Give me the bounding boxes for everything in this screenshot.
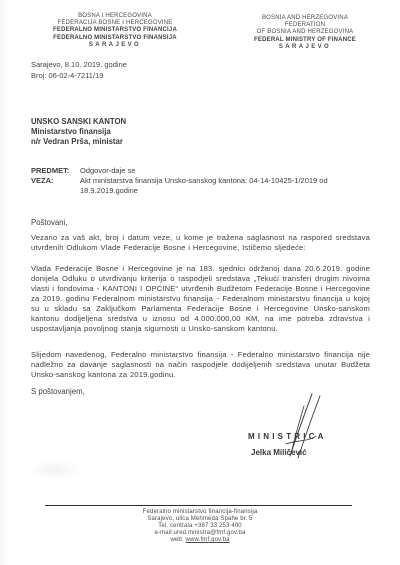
body-paragraph-3: Slijedom navedenog, Federalno ministarst…	[31, 350, 370, 380]
protocol-number: Broj: 06-02-4-7211/19	[31, 71, 127, 82]
recipient-canton: UNSKO SANSKI KANTON	[31, 117, 126, 127]
footer-org: Federalno ministarstvo financija-finansi…	[0, 509, 400, 516]
footer-web-label: web:	[170, 537, 183, 543]
recipient-attention: n/r Vedran Prša, ministar	[31, 137, 126, 147]
letterhead-ministry-hr: FEDERALNO MINISTARSTVO FINANCIJA	[25, 27, 205, 34]
veza-value: Akt ministarstva finansija Unsko-sanskog…	[80, 176, 371, 196]
footer-web-line: web: www.fmf.gov.ba	[0, 537, 400, 544]
letterhead-english: BOSNIA AND HERZEGOVINA FEDERATION OF BOS…	[215, 15, 395, 51]
letterhead-city-en: SARAJEVO	[215, 44, 395, 51]
scanned-letter-page: BOSNA I HERCEGOVINA FEDERACIJA BOSNE I H…	[0, 0, 400, 565]
footer-block: Federalno ministarstvo financija-finansi…	[0, 509, 400, 544]
recipient-ministry: Ministarstvo finansija	[31, 127, 126, 137]
footer-web-url: www.fmf.gov.ba	[186, 537, 230, 543]
letterhead-city: SARAJEVO	[25, 42, 205, 49]
footer-address: Sarajevo, ulica Mehmeda Spahe br. 5	[0, 516, 400, 523]
letterhead-country-en: BOSNIA AND HERZEGOVINA	[215, 15, 395, 22]
letterhead-ministry-en: FEDERAL MINISTRY OF FINANCE	[215, 37, 395, 44]
letterhead-bosnian: BOSNA I HERCEGOVINA FEDERACIJA BOSNE I H…	[25, 13, 205, 49]
letterhead-ministry-bs: FEDERALNO MINISTARSTVO FINANSIJA	[25, 35, 205, 42]
body-paragraph-1: Vezano za vaš akt, broj i datum veze, u …	[31, 233, 370, 253]
footer-email: e-mail:ured.ministra@fmf.gov.ba	[0, 530, 400, 537]
signature-name: Jelka Miličević	[251, 448, 307, 457]
predmet-value: Odgovor-daje se	[80, 166, 371, 176]
letterhead-federation-en-1: FEDERATION	[215, 22, 395, 29]
predmet-label: PREDMET:	[31, 166, 80, 176]
place-date-line: Sarajevo, 8.10. 2019. godine	[31, 60, 127, 71]
subject-block: PREDMET: Odgovor-daje se VEZA: Akt minis…	[31, 166, 371, 196]
veza-label: VEZA:	[31, 176, 80, 196]
letter-meta: Sarajevo, 8.10. 2019. godine Broj: 06-02…	[31, 60, 127, 81]
letterhead-country: BOSNA I HERCEGOVINA	[25, 13, 205, 20]
letterhead-federation-en-2: OF BOSNIA AND HERZEGOVINA	[215, 29, 395, 36]
recipient-block: UNSKO SANSKI KANTON Ministarstvo finansi…	[31, 117, 126, 147]
closing-line: S poštovanjem,	[31, 387, 85, 396]
body-paragraph-2: Vlada Federacije Bosne i Hercegovine je …	[31, 264, 370, 334]
footer-phone: Tel. centrala +387 33 253 400	[0, 523, 400, 530]
salutation: Poštovani,	[31, 218, 67, 227]
letterhead-federation: FEDERACIJA BOSNE I HERCEGOVINE	[25, 20, 205, 27]
footer-divider	[45, 505, 352, 506]
